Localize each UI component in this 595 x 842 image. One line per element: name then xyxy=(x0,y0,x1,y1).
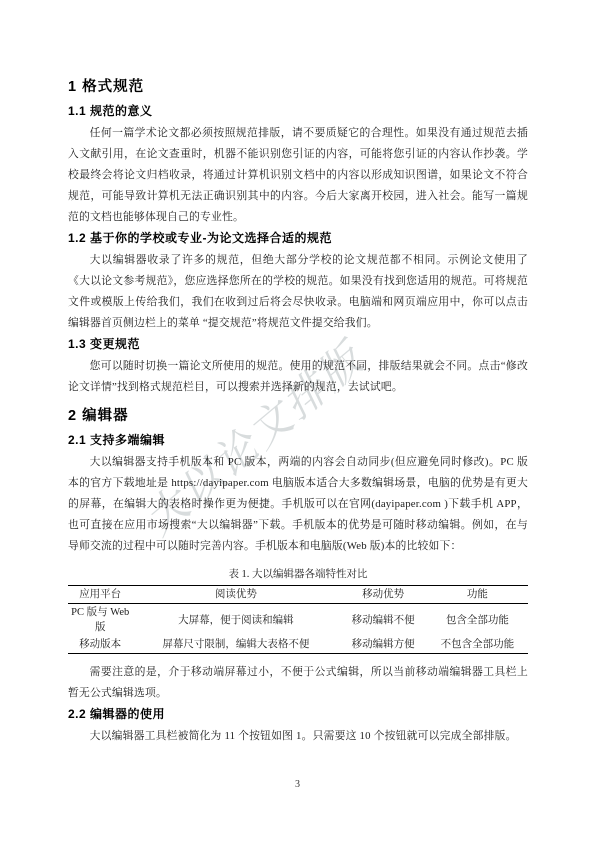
section-1-2-heading: 1.2 基于你的学校或专业-为论文选择合适的规范 xyxy=(68,230,528,247)
section-1-3-heading: 1.3 变更规范 xyxy=(68,336,528,353)
table-header-row: 应用平台 阅读优势 移动优势 功能 xyxy=(68,586,528,604)
section-1-heading: 1 格式规范 xyxy=(68,78,528,97)
table-cell: 大屏幕，便于阅读和编辑 xyxy=(132,604,339,637)
page-number: 3 xyxy=(0,779,595,790)
document-content: 1 格式规范 1.1 规范的意义 任何一篇学术论文都必须按照规范排版，请不要质疑… xyxy=(68,78,528,747)
section-2-1-heading: 2.1 支持多端编辑 xyxy=(68,432,528,449)
section-2-2-paragraph: 大以编辑器工具栏被简化为 11 个按钮如图 1。只需要这 10 个按钮就可以完成… xyxy=(68,726,528,747)
table-row: 移动版本 屏幕尺寸限制，编辑大表格不便 移动编辑方便 不包含全部功能 xyxy=(68,636,528,654)
section-1-3-paragraph: 您可以随时切换一篇论文所使用的规范。使用的规范不同，排版结果就会不同。点击“修改… xyxy=(68,356,528,398)
section-1-1-paragraph: 任何一篇学术论文都必须按照规范排版，请不要质疑它的合理性。如果没有通过规范去插入… xyxy=(68,123,528,228)
table-cell: 屏幕尺寸限制，编辑大表格不便 xyxy=(132,636,339,654)
comparison-table: 应用平台 阅读优势 移动优势 功能 PC 版与 Web 版 大屏幕，便于阅读和编… xyxy=(68,585,528,654)
table-cell: PC 版与 Web 版 xyxy=(68,604,132,637)
table-header-platform: 应用平台 xyxy=(68,586,132,604)
table-header-mobile: 移动优势 xyxy=(339,586,426,604)
section-2-1-note-paragraph: 需要注意的是，介于移动端屏幕过小，不便于公式编辑，所以当前移动端编辑器工具栏上暂… xyxy=(68,662,528,704)
table-cell: 包含全部功能 xyxy=(427,604,528,637)
document-page: 大以论文排版 1 格式规范 1.1 规范的意义 任何一篇学术论文都必须按照规范排… xyxy=(0,0,595,842)
table-row: PC 版与 Web 版 大屏幕，便于阅读和编辑 移动编辑不便 包含全部功能 xyxy=(68,604,528,637)
table-cell: 移动编辑不便 xyxy=(339,604,426,637)
section-2-heading: 2 编辑器 xyxy=(68,407,528,426)
table-header-feature: 功能 xyxy=(427,586,528,604)
section-1-2-paragraph: 大以编辑器收录了许多的规范，但绝大部分学校的论文规范都不相同。示例论文使用了《大… xyxy=(68,250,528,334)
table-cell: 移动编辑方便 xyxy=(339,636,426,654)
table-header-reading: 阅读优势 xyxy=(132,586,339,604)
section-2-2-heading: 2.2 编辑器的使用 xyxy=(68,706,528,723)
section-2-1-paragraph: 大以编辑器支持手机版本和 PC 版本，两端的内容会自动同步(但应避免同时修改)。… xyxy=(68,452,528,557)
table-cell: 不包含全部功能 xyxy=(427,636,528,654)
table-cell: 移动版本 xyxy=(68,636,132,654)
section-1-1-heading: 1.1 规范的意义 xyxy=(68,103,528,120)
table-caption: 表 1. 大以编辑器各端特性对比 xyxy=(68,566,528,581)
